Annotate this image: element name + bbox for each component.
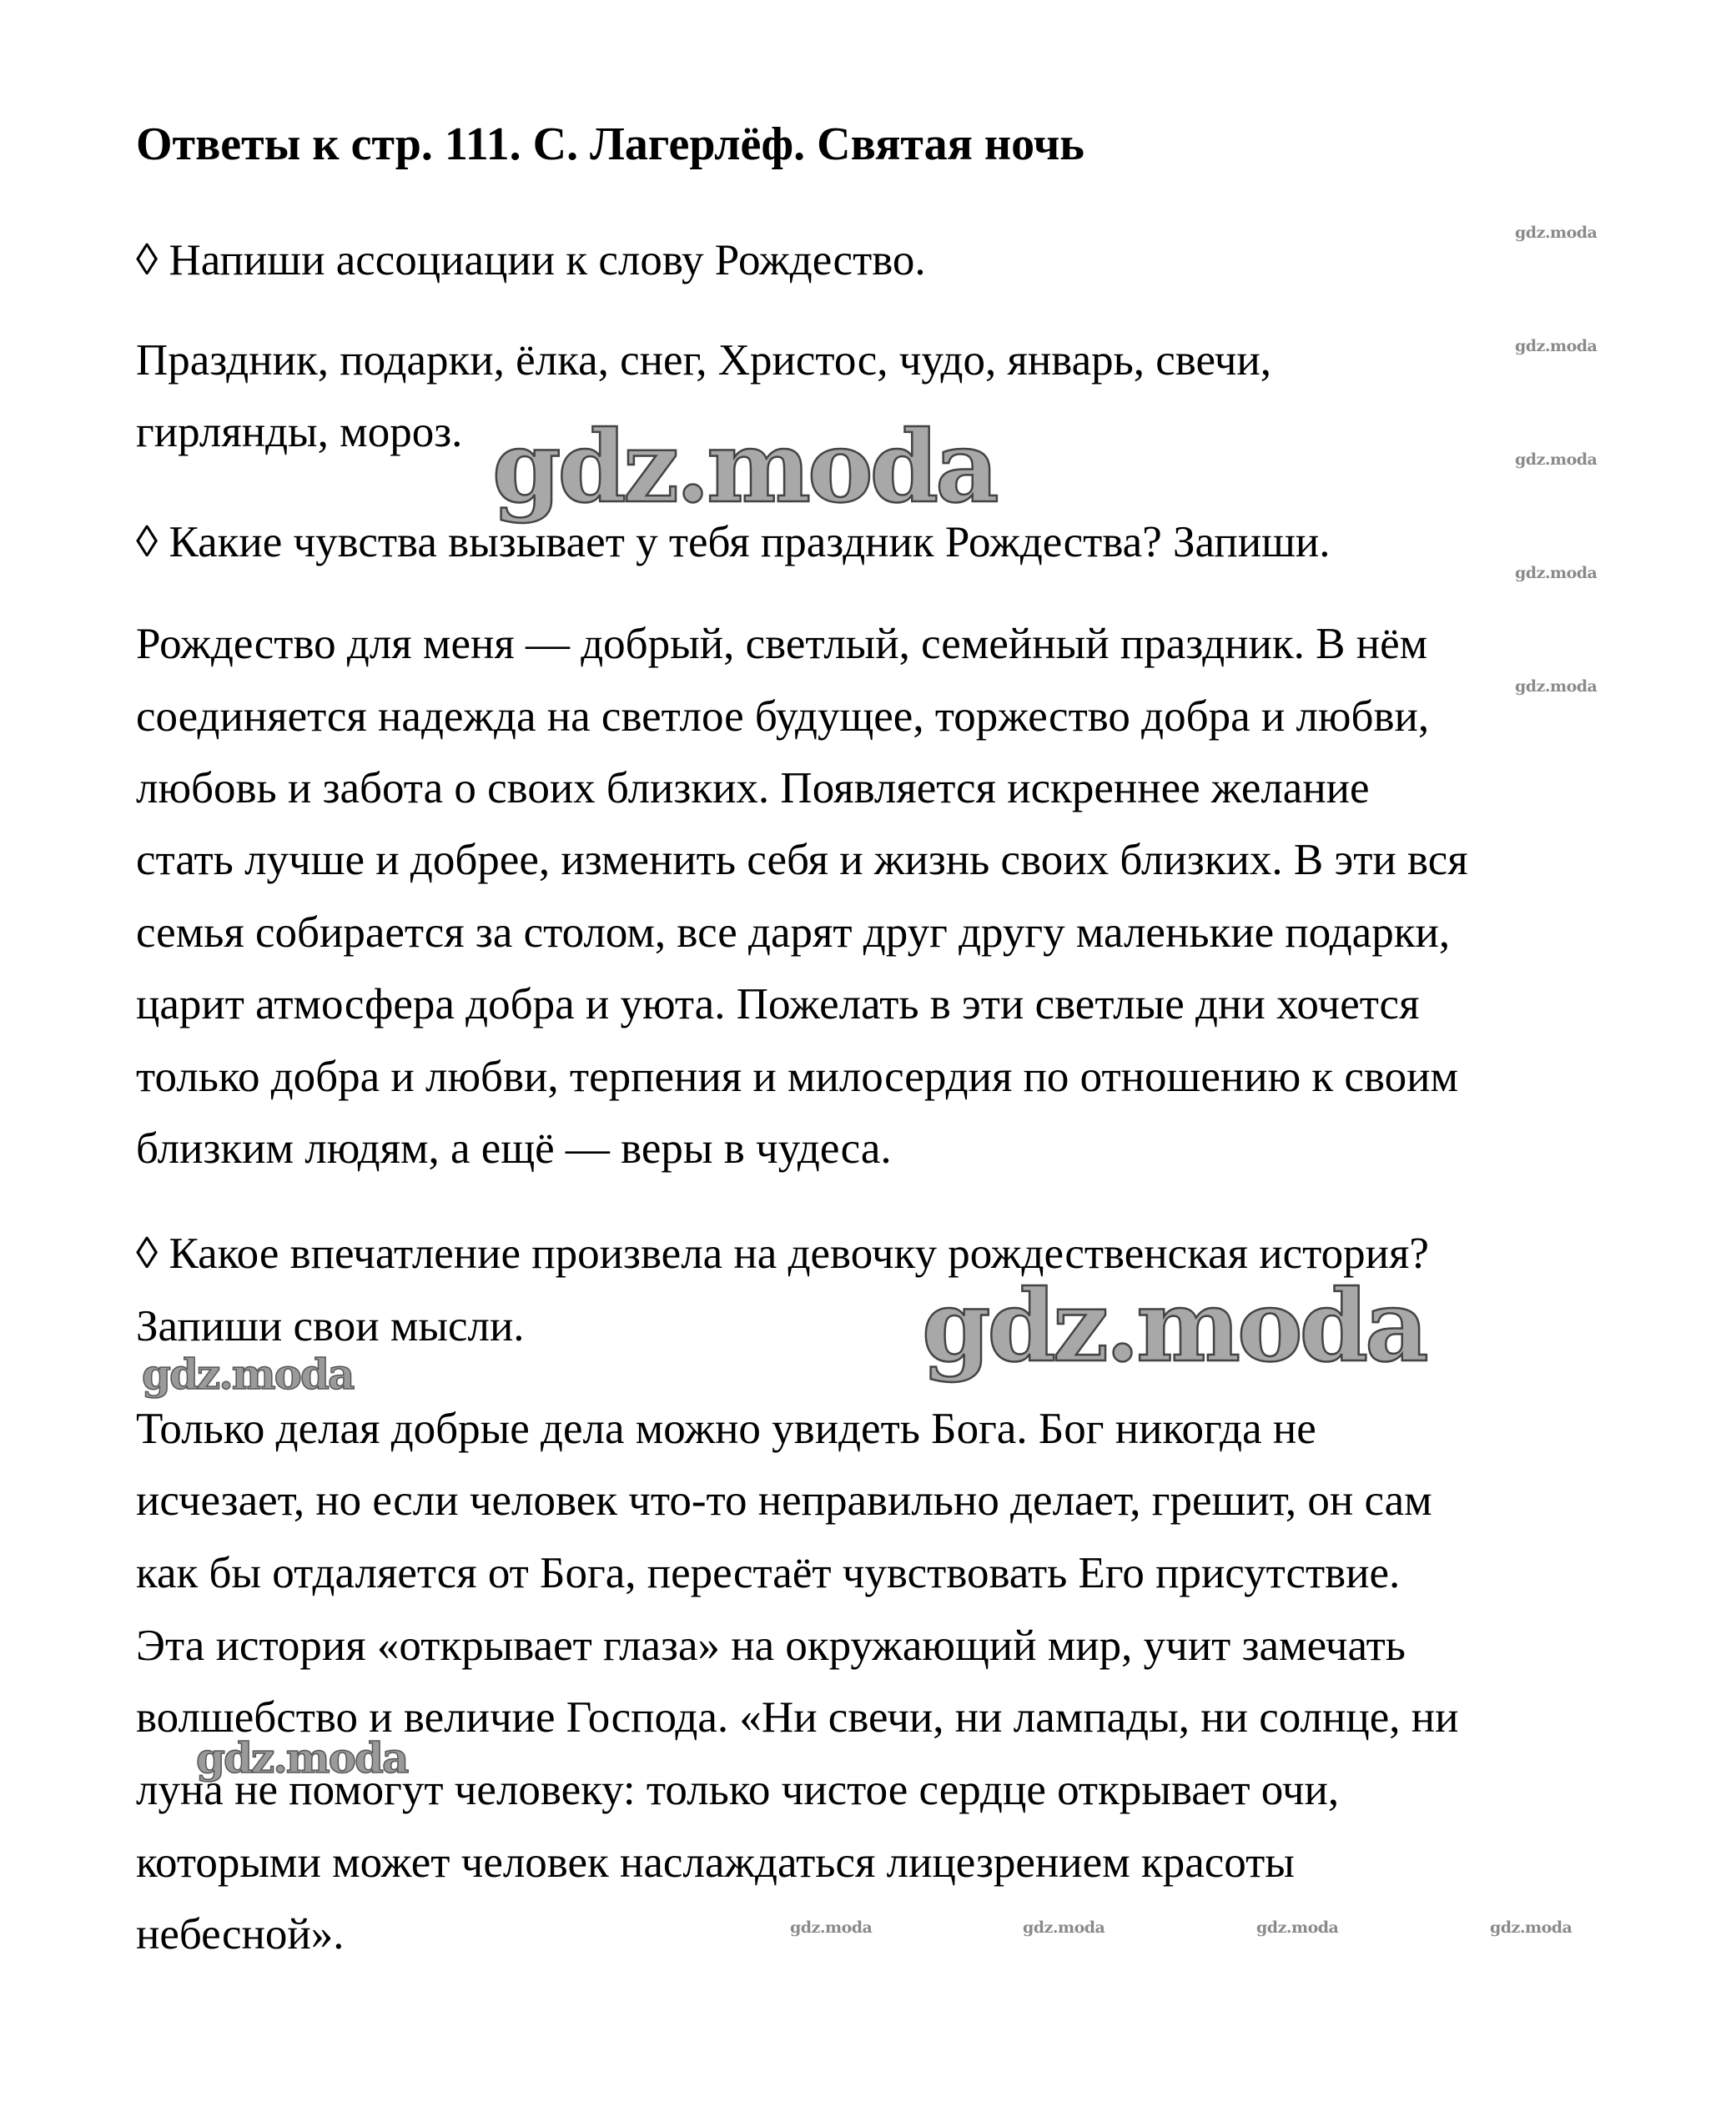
answer-2-line-8: близким людям, а ещё — веры в чудеса. <box>136 1124 892 1174</box>
answer-1-line-2: гирлянды, мороз. <box>136 407 462 457</box>
answer-2-line-2: соединяется надежда на светлое будущее, … <box>136 691 1429 742</box>
answer-2-line-3: любовь и забота о своих близких. Появляе… <box>136 763 1370 813</box>
answer-2-line-1: Рождество для меня — добрый, светлый, се… <box>136 619 1427 669</box>
answer-3-line-1: Только делая добрые дела можно увидеть Б… <box>136 1404 1316 1454</box>
answer-2-line-6: царит атмосфера добра и уюта. Пожелать в… <box>136 979 1419 1029</box>
answer-3-line-8: небесной». <box>136 1909 345 1959</box>
watermark-large: gdz.moda <box>492 409 996 525</box>
watermark-medium: gdz.moda <box>142 1350 353 1399</box>
watermark-small: gdz.moda <box>790 1918 872 1937</box>
watermark-small: gdz.moda <box>1490 1918 1572 1937</box>
watermark-small: gdz.moda <box>1023 1918 1104 1937</box>
watermark-small: gdz.moda <box>1515 677 1597 696</box>
question-3-line-2: Запиши свои мысли. <box>136 1301 525 1351</box>
watermark-small: gdz.moda <box>1515 224 1597 242</box>
answer-2-line-7: только добра и любви, терпения и милосер… <box>136 1052 1458 1102</box>
question-2: ◊ Какие чувства вызывает у тебя праздник… <box>136 517 1331 567</box>
answer-3-line-4: Эта история «открывает глаза» на окружаю… <box>136 1621 1406 1671</box>
answer-2-line-5: семья собирается за столом, все дарят др… <box>136 908 1450 958</box>
answer-3-line-2: исчезает, но если человек что-то неправи… <box>136 1476 1432 1526</box>
watermark-small: gdz.moda <box>1515 337 1597 355</box>
answer-1-line-1: Праздник, подарки, ёлка, снег, Христос, … <box>136 335 1271 385</box>
page-title: Ответы к стр. 111. С. Лагерлёф. Святая н… <box>136 117 1084 172</box>
watermark-medium: gdz.moda <box>196 1733 407 1783</box>
question-1: ◊ Напиши ассоциации к слову Рождество. <box>136 235 926 285</box>
watermark-small: gdz.moda <box>1515 564 1597 582</box>
answer-2-line-4: стать лучше и добрее, изменить себя и жи… <box>136 835 1468 885</box>
watermark-small: gdz.moda <box>1256 1918 1338 1937</box>
watermark-small: gdz.moda <box>1515 450 1597 469</box>
answer-3-line-7: которыми может человек наслаждаться лице… <box>136 1838 1295 1888</box>
watermark-large: gdz.moda <box>922 1268 1426 1384</box>
answer-3-line-3: как бы отдаляется от Бога, перестаёт чув… <box>136 1548 1400 1598</box>
